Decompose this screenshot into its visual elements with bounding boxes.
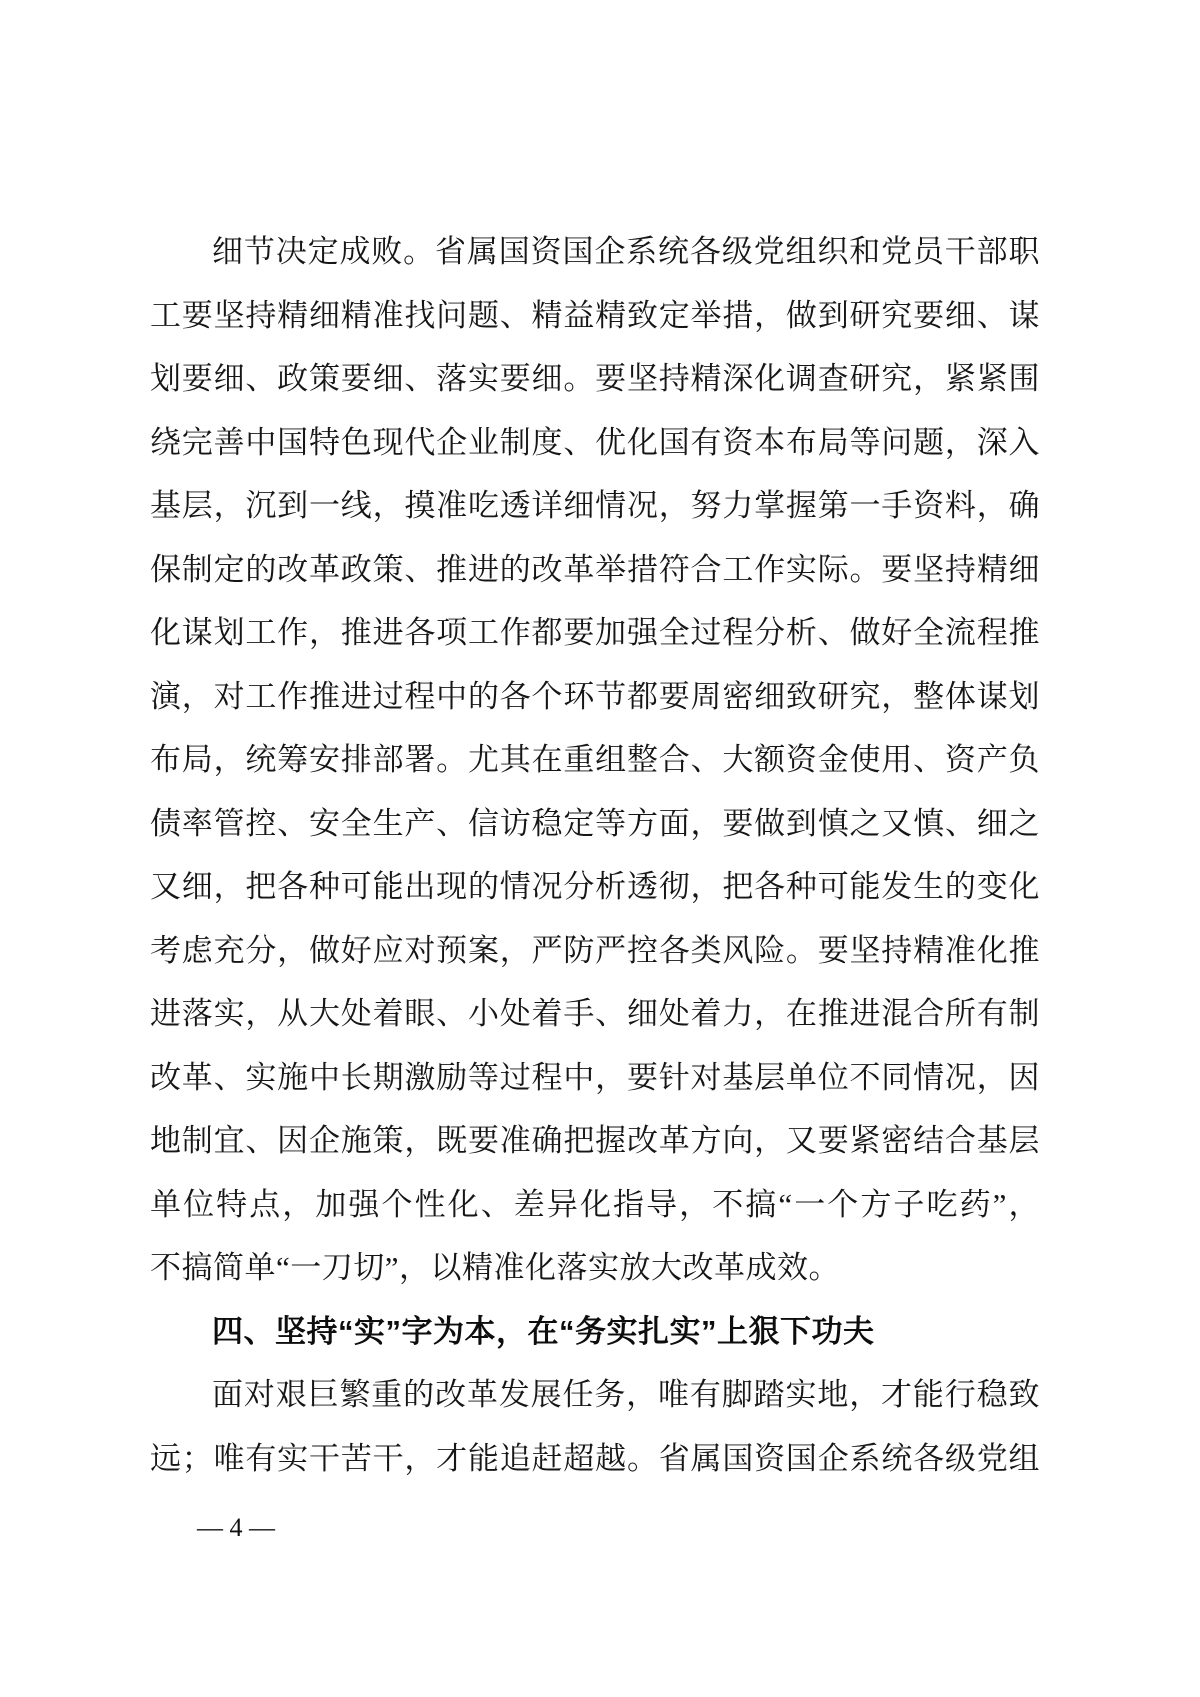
text-line: 不搞简单“一刀切”，以精准化落实放大改革成效。 [150, 1236, 1040, 1300]
text-line: 演，对工作推进过程中的各个环节都要周密细致研究，整体谋划 [150, 665, 1040, 729]
text-line: 改革、实施中长期激励等过程中，要针对基层单位不同情况，因 [150, 1046, 1040, 1110]
body-paragraph: 细节决定成败。省属国资国企系统各级党组织和党员干部职工要坚持精细精准找问题、精益… [150, 220, 1040, 1300]
text-line: 细节决定成败。省属国资国企系统各级党组织和党员干部职 [150, 220, 1040, 284]
text-line: 单位特点，加强个性化、差异化指导，不搞“一个方子吃药”， [150, 1173, 1040, 1237]
text-line: 保制定的改革政策、推进的改革举措符合工作实际。要坚持精细 [150, 538, 1040, 602]
document-page: 细节决定成败。省属国资国企系统各级党组织和党员干部职工要坚持精细精准找问题、精益… [0, 0, 1200, 1697]
heading-line: 四、坚持“实”字为本，在“务实扎实”上狠下功夫 [150, 1300, 1040, 1364]
page-number: — 4 — [197, 1513, 275, 1543]
text-line: 划要细、政策要细、落实要细。要坚持精深化调查研究，紧紧围 [150, 347, 1040, 411]
text-line: 又细，把各种可能出现的情况分析透彻，把各种可能发生的变化 [150, 855, 1040, 919]
text-line: 远；唯有实干苦干，才能追赶超越。省属国资国企系统各级党组 [150, 1427, 1040, 1491]
text-line: 基层，沉到一线，摸准吃透详细情况，努力掌握第一手资料，确 [150, 474, 1040, 538]
document-body: 细节决定成败。省属国资国企系统各级党组织和党员干部职工要坚持精细精准找问题、精益… [150, 220, 1040, 1490]
text-line: 地制宜、因企施策，既要准确把握改革方向，又要紧密结合基层 [150, 1109, 1040, 1173]
text-line: 考虑充分，做好应对预案，严防严控各类风险。要坚持精准化推 [150, 919, 1040, 983]
text-line: 绕完善中国特色现代企业制度、优化国有资本布局等问题，深入 [150, 411, 1040, 475]
text-line: 工要坚持精细精准找问题、精益精致定举措，做到研究要细、谋 [150, 284, 1040, 348]
text-line: 面对艰巨繁重的改革发展任务，唯有脚踏实地，才能行稳致 [150, 1363, 1040, 1427]
text-line: 债率管控、安全生产、信访稳定等方面，要做到慎之又慎、细之 [150, 792, 1040, 856]
text-line: 进落实，从大处着眼、小处着手、细处着力，在推进混合所有制 [150, 982, 1040, 1046]
body-paragraph: 面对艰巨繁重的改革发展任务，唯有脚踏实地，才能行稳致远；唯有实干苦干，才能追赶超… [150, 1363, 1040, 1490]
text-line: 布局，统筹安排部署。尤其在重组整合、大额资金使用、资产负 [150, 728, 1040, 792]
section-heading: 四、坚持“实”字为本，在“务实扎实”上狠下功夫 [150, 1300, 1040, 1364]
text-line: 化谋划工作，推进各项工作都要加强全过程分析、做好全流程推 [150, 601, 1040, 665]
